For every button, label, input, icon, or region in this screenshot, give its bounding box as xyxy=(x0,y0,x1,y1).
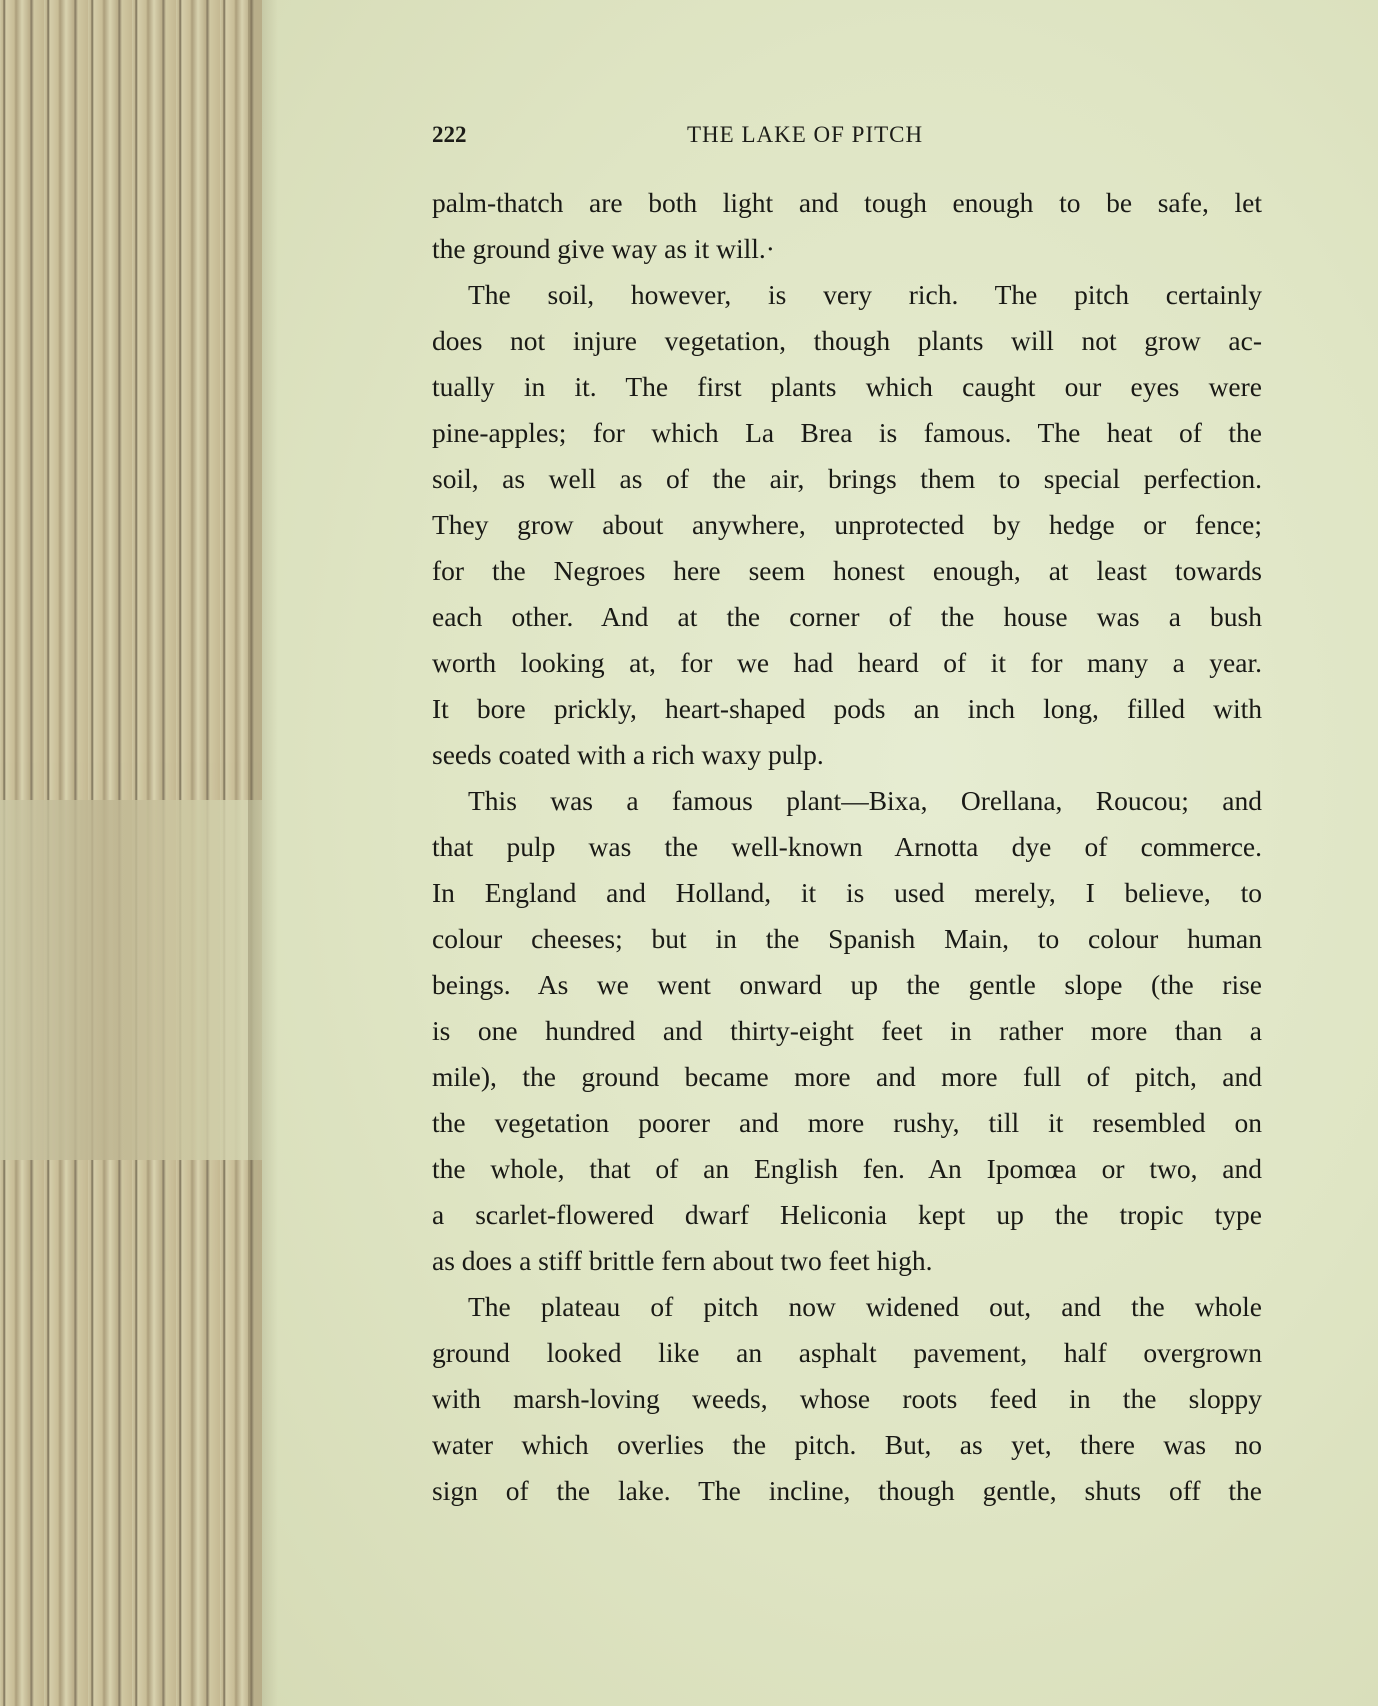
running-head: 222 THE LAKE OF PITCH xyxy=(432,122,1262,152)
text-line: mile), the ground became more and more f… xyxy=(432,1054,1262,1100)
text-line: worth looking at, for we had heard of it… xyxy=(432,640,1262,686)
text-line: palm-thatch are both light and tough eno… xyxy=(432,180,1262,226)
text-line: is one hundred and thirty-eight feet in … xyxy=(432,1008,1262,1054)
text-line: soil, as well as of the air, brings them… xyxy=(432,456,1262,502)
page-edges-shadow xyxy=(0,800,262,1160)
text-line: pine-apples; for which La Brea is famous… xyxy=(432,410,1262,456)
text-line: the ground give way as it will.· xyxy=(432,226,1262,272)
text-line: seeds coated with a rich waxy pulp. xyxy=(432,732,1262,778)
text-line: a scarlet-flowered dwarf Heliconia kept … xyxy=(432,1192,1262,1238)
running-title: THE LAKE OF PITCH xyxy=(687,122,923,148)
paragraph-start-line: This was a famous plant—Bixa, Orellana, … xyxy=(432,778,1262,824)
text-line: does not injure vegetation, though plant… xyxy=(432,318,1262,364)
text-line: water which overlies the pitch. But, as … xyxy=(432,1422,1262,1468)
paragraph-start-line: The plateau of pitch now widened out, an… xyxy=(432,1284,1262,1330)
text-line: the vegetation poorer and more rushy, ti… xyxy=(432,1100,1262,1146)
book-page-edges xyxy=(0,0,262,1706)
text-line: colour cheeses; but in the Spanish Main,… xyxy=(432,916,1262,962)
text-line: each other. And at the corner of the hou… xyxy=(432,594,1262,640)
paragraph-start-line: The soil, however, is very rich. The pit… xyxy=(432,272,1262,318)
text-line: tually in it. The first plants which cau… xyxy=(432,364,1262,410)
text-line: for the Negroes here seem honest enough,… xyxy=(432,548,1262,594)
text-line: beings. As we went onward up the gentle … xyxy=(432,962,1262,1008)
text-line: They grow about anywhere, unprotected by… xyxy=(432,502,1262,548)
page-number: 222 xyxy=(432,122,467,148)
text-line: In England and Holland, it is used merel… xyxy=(432,870,1262,916)
text-line: sign of the lake. The incline, though ge… xyxy=(432,1468,1262,1514)
text-line: It bore prickly, heart-shaped pods an in… xyxy=(432,686,1262,732)
text-line: with marsh-loving weeds, whose roots fee… xyxy=(432,1376,1262,1422)
text-line: that pulp was the well-known Arnotta dye… xyxy=(432,824,1262,870)
text-line: the whole, that of an English fen. An Ip… xyxy=(432,1146,1262,1192)
page-gutter-shadow xyxy=(248,0,278,1706)
text-line: as does a stiff brittle fern about two f… xyxy=(432,1238,1262,1284)
text-line: ground looked like an asphalt pavement, … xyxy=(432,1330,1262,1376)
body-text: palm-thatch are both light and tough eno… xyxy=(432,180,1262,1514)
